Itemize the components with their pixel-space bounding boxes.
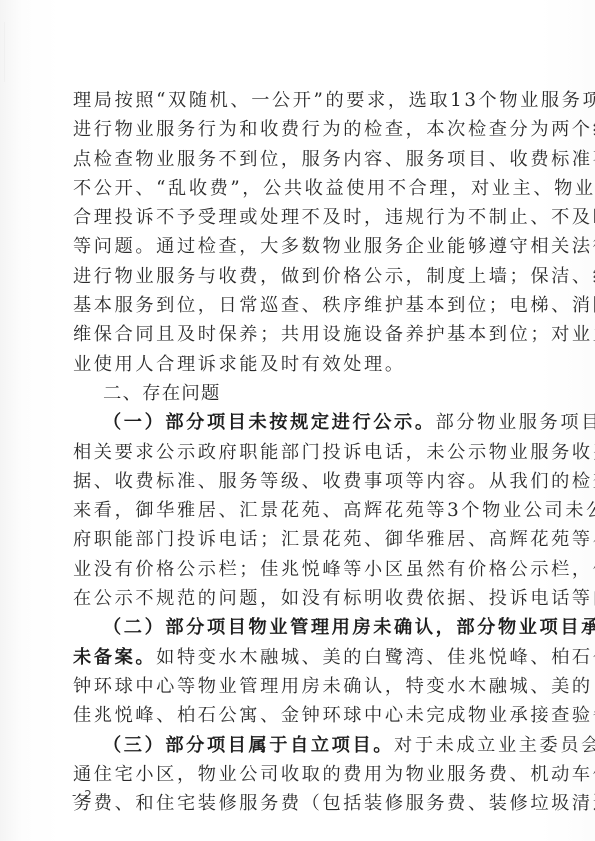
text-line: 务费、和住宅装修服务费（包括装修服务费、装修垃圾清运费、 <box>73 789 513 818</box>
text-line: 钟环球中心等物业管理用房未确认，特变水木融城、美的白鹭湾、 <box>73 672 513 701</box>
text-line: 基本服务到位，日常巡查、秩序维护基本到位；电梯、消防签订 <box>73 291 513 320</box>
issue-2-second-line: 未备案。如特变水木融城、美的白鹭湾、佳兆悦峰、柏石公寓、金 <box>73 643 513 672</box>
text-line: 相关要求公示政府职能部门投诉电话，未公示物业服务收费依 <box>73 438 513 467</box>
issue-3-first-line: （三）部分项目属于自立项目。对于未成立业主委员会的普 <box>73 731 513 760</box>
issue-3-text: 对于未成立业主委员会的普 <box>394 735 595 756</box>
text-line: 等问题。通过检查，大多数物业服务企业能够遵守相关法律法规 <box>73 232 513 261</box>
text-line: 通住宅小区，物业公司收取的费用为物业服务费、机动车停放服 <box>73 760 513 789</box>
text-line: 来看，御华雅居、汇景花苑、高辉花苑等3个物业公司未公示政 <box>73 496 513 525</box>
issue-1-first-line: （一）部分项目未按规定进行公示。部分物业服务项目未按 <box>73 408 513 437</box>
document-body: 理局按照“双随机、一公开”的要求，选取13个物业服务项目 进行物业服务行为和收费… <box>73 86 513 818</box>
text-line: 进行物业服务与收费，做到价格公示，制度上墙；保洁、绿化等 <box>73 262 513 291</box>
text-line: 点检查物业服务不到位，服务内容、服务项目、收费标准不透明、 <box>73 145 513 174</box>
text-line: 府职能部门投诉电话；汇景花苑、御华雅居、高辉花苑等小区物 <box>73 525 513 554</box>
page-number: - 2 - <box>72 788 106 802</box>
issue-2-title-line-1: （二）部分项目物业管理用房未确认，部分物业项目承接查验 <box>73 613 513 642</box>
text-line: 不公开、“乱收费”，公共收益使用不合理，对业主、物业使用人 <box>73 174 513 203</box>
text-line: 合理投诉不予受理或处理不及时，违规行为不制止、不及时报告 <box>73 203 513 232</box>
text-line: 维保合同且及时保养；共用设施设备养护基本到位；对业主、物 <box>73 320 513 349</box>
issue-2-text: 如特变水木融城、美的白鹭湾、佳兆悦峰、柏石公寓、金 <box>156 647 595 668</box>
document-page: 理局按照“双随机、一公开”的要求，选取13个物业服务项目 进行物业服务行为和收费… <box>0 0 595 841</box>
text-line: 据、收费标准、服务等级、收费事项等内容。从我们的检查情况 <box>73 467 513 496</box>
text-line: 理局按照“双随机、一公开”的要求，选取13个物业服务项目 <box>73 86 513 115</box>
text-line: 业使用人合理诉求能及时有效处理。 <box>73 350 513 379</box>
text-line: 进行物业服务行为和收费行为的检查，本次检查分为两个组。重 <box>73 115 513 144</box>
text-line: 业没有价格公示栏；佳兆悦峰等小区虽然有价格公示栏，但仍存 <box>73 555 513 584</box>
scan-artifact <box>4 22 23 82</box>
text-line: 在公示不规范的问题，如没有标明收费依据、投诉电话等内容。 <box>73 584 513 613</box>
issue-1-title: （一）部分项目未按规定进行公示。 <box>103 412 436 433</box>
text-line: 佳兆悦峰、柏石公寓、金钟环球中心未完成物业承接查验备案。 <box>73 701 513 730</box>
issue-2-title-end: 未备案。 <box>73 647 156 668</box>
section-heading: 二、存在问题 <box>73 379 513 408</box>
issue-3-title: （三）部分项目属于自立项目。 <box>103 735 394 756</box>
issue-1-text: 部分物业服务项目未按 <box>436 412 595 433</box>
